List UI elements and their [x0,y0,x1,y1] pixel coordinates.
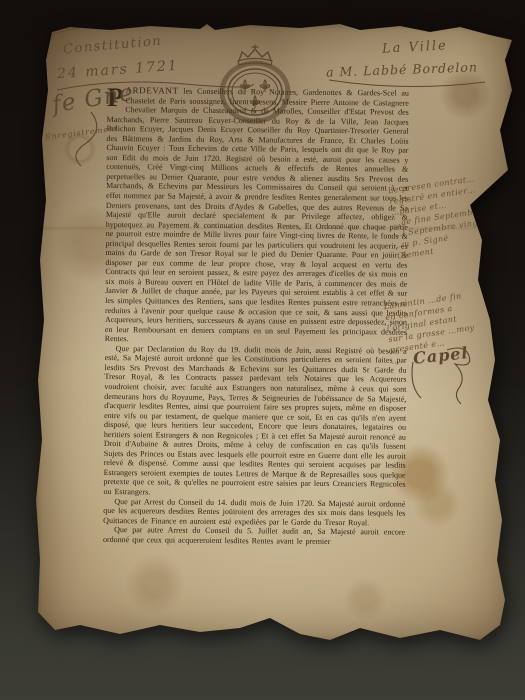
paragraph-3: Que par Arrest du Conseil du 14. dudit m… [103,497,405,528]
handwritten-la-ville: La Ville [382,38,449,56]
paragraph-4: Que par autre Arrest du Conseil du 5. Ju… [103,525,405,547]
handwritten-title: Constitution [63,34,163,58]
paper-shadow-wrapper: PARDEVANT les Conseillers du Roy Notaire… [0,0,525,700]
royal-seal-stamp-icon [203,42,307,128]
pen-mark-top-left-corner [43,20,89,42]
handwritten-date: 24 mars 1721 [57,58,180,82]
document-paper: PARDEVANT les Conseillers du Roy Notaire… [35,24,513,642]
handwritten-addressee: a M. Labbé Bordelon [326,59,478,79]
paragraph-2: Que par Declaration du Roy du 19. dudit … [103,344,406,499]
margin-note-1: Le presen contrat… registré en entier… …… [387,167,525,261]
printed-text-block: PARDEVANT les Conseillers du Roy Notaire… [103,86,409,547]
